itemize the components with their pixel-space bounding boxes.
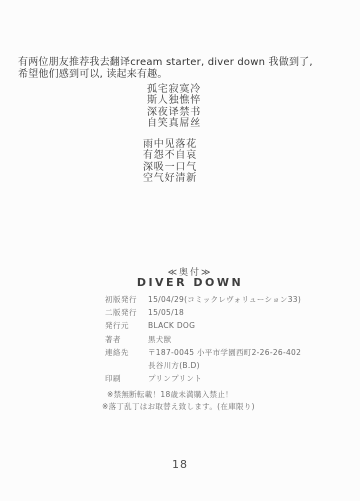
scanned-doujinshi-colophon-page: 有两位朋友推荐我去翻译cream starter, diver down 我做到… [0,0,360,501]
poem-line: 孤宅寂寞冷 [147,84,201,95]
colophon-label: 印刷 [105,373,148,384]
colophon-value: 黒犬獣 [148,334,171,345]
replacement-notice: ※落丁乱丁はお取替え致します。(在庫限り) [102,401,255,412]
translator-note-line-2: 希望他们感到可以, 读起来有趣。 [18,69,354,81]
colophon-row-publisher: 発行元 BLACK DOG [105,319,325,332]
poem-line: 有怨不自哀 [143,150,197,161]
colophon-row-printer: 印刷 プリンプリント [105,371,325,384]
translator-note-line-1: 有两位朋友推荐我去翻译cream starter, diver down 我做到… [18,57,354,69]
colophon-value: BLACK DOG [148,321,195,330]
page-number: 18 [95,458,265,471]
colophon-label: 初版発行 [105,294,148,305]
poem-line: 自笑真屌丝 [147,118,201,129]
colophon-label: 著者 [105,334,148,345]
poem-line: 斯人独憔悴 [147,95,201,106]
colophon-value: プリンプリント [148,373,202,384]
poem-line: 深吸一口气 [143,162,197,173]
colophon-label: 連絡先 [105,347,148,358]
poem-line: 深夜译禁书 [147,107,201,118]
colophon-label: 二版発行 [105,307,148,318]
colophon-value: 15/05/18 [148,308,184,317]
colophon-row-contact: 連絡先 〒187-0045 小平市学園西町2-26-26-402 [105,346,325,359]
colophon-row-first-printing: 初版発行 15/04/29(コミックレヴォリューション33) [105,293,325,306]
translator-note: 有两位朋友推荐我去翻译cream starter, diver down 我做到… [18,57,354,80]
poem-stanza-2: 雨中见落花 有怨不自哀 深吸一口气 空气好清新 [143,139,197,185]
colophon-value: 15/04/29(コミックレヴォリューション33) [148,294,301,305]
colophon-table: 初版発行 15/04/29(コミックレヴォリューション33) 二版発行 15/0… [105,293,325,385]
poem-stanza-1: 孤宅寂寞冷 斯人独憔悴 深夜译禁书 自笑真屌丝 [147,84,201,130]
poem-line: 雨中见落花 [143,139,197,150]
book-title: DIVER DOWN [95,276,285,289]
poem-line: 空气好清新 [143,173,197,184]
colophon-row-author: 著者 黒犬獣 [105,333,325,346]
colophon-value: 〒187-0045 小平市学園西町2-26-26-402 [148,347,301,358]
colophon-label: 発行元 [105,320,148,331]
copyright-notice: ※禁無断転載！18歳未満購入禁止！ [107,389,233,400]
colophon-row-second-printing: 二版発行 15/05/18 [105,306,325,319]
colophon-contact-line-2: 長谷川方(B.D) [105,359,325,372]
